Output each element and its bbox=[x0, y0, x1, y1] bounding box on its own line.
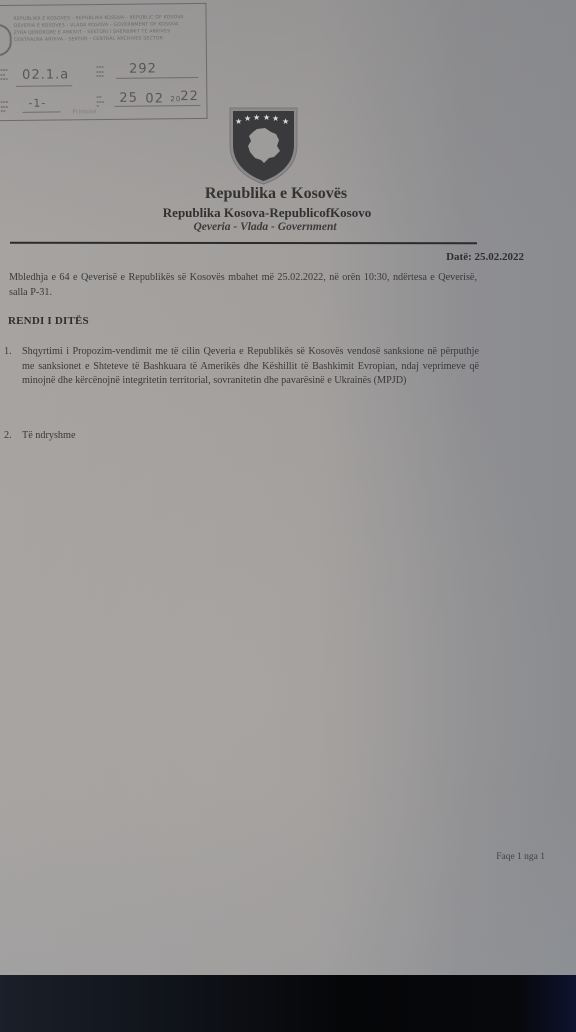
stamp-number: 292 bbox=[129, 61, 157, 76]
stamp-underline bbox=[114, 105, 200, 107]
meeting-intro: Mbledhja e 64 e Qeverisë e Republikës së… bbox=[9, 270, 477, 300]
agenda-item: 1. Shqyrtimi i Propozim-vendimit me të c… bbox=[4, 345, 479, 389]
document-date: Datë: 25.02.2022 bbox=[446, 251, 524, 263]
svg-text:★: ★ bbox=[235, 117, 242, 126]
agenda-item-text: Të ndryshme bbox=[22, 429, 479, 444]
svg-text:★: ★ bbox=[263, 113, 270, 122]
stamp-label-attachments: ▪▪▪▪▪▪▪▪ bbox=[0, 100, 8, 114]
agenda-item-text: Shqyrtimi i Propozim-vendimit me të cili… bbox=[22, 345, 479, 389]
registry-stamp: REPUBLIKA E KOSOVES - REPUBLIKA KOSOVA -… bbox=[0, 3, 208, 121]
stamp-city: Prishtinë bbox=[72, 109, 96, 115]
stamp-header: REPUBLIKA E KOSOVES - REPUBLIKA KOSOVA -… bbox=[14, 14, 204, 44]
header-divider bbox=[10, 242, 477, 244]
stamp-date-day: 25 bbox=[119, 91, 138, 106]
header-government: Qeveria - Vlada - Government bbox=[0, 221, 576, 233]
header-title: Republika e Kosovës bbox=[0, 185, 576, 203]
stamp-date-year: 22 bbox=[180, 89, 199, 104]
stamp-label-org: ▪▪▪▪▪▪▪▪ bbox=[0, 68, 8, 82]
stamp-emblem-icon bbox=[0, 24, 12, 56]
stamp-code: 02.1.a bbox=[22, 67, 69, 82]
stamp-date-month: 02 bbox=[145, 91, 164, 106]
stamp-label-date: ▪▪▪▪▪▪ bbox=[96, 95, 104, 109]
stamp-label-number: ▪▪▪▪▪▪▪▪▪ bbox=[96, 65, 104, 79]
page-number: Faqe 1 nga 1 bbox=[496, 852, 545, 862]
svg-text:★: ★ bbox=[244, 114, 251, 123]
kosovo-coat-of-arms-icon: ★★★ ★★★ bbox=[227, 105, 300, 185]
agenda-item-number: 2. bbox=[4, 429, 12, 444]
stamp-attachments: -1- bbox=[28, 97, 46, 110]
stamp-underline bbox=[23, 111, 61, 112]
background-surface bbox=[0, 975, 576, 1032]
agenda-item-number: 1. bbox=[4, 345, 12, 360]
header-subtitle: Republika Kosova-RepublicofKosovo bbox=[0, 205, 576, 221]
document-page: REPUBLIKA E KOSOVES - REPUBLIKA KOSOVA -… bbox=[0, 0, 576, 986]
svg-text:★: ★ bbox=[253, 113, 260, 122]
agenda-title: RENDI I DITËS bbox=[8, 315, 89, 327]
svg-text:★: ★ bbox=[282, 117, 289, 126]
stamp-underline bbox=[116, 77, 198, 79]
agenda-item: 2. Të ndryshme bbox=[4, 429, 479, 444]
stamp-underline bbox=[16, 85, 72, 87]
svg-text:★: ★ bbox=[272, 114, 279, 123]
